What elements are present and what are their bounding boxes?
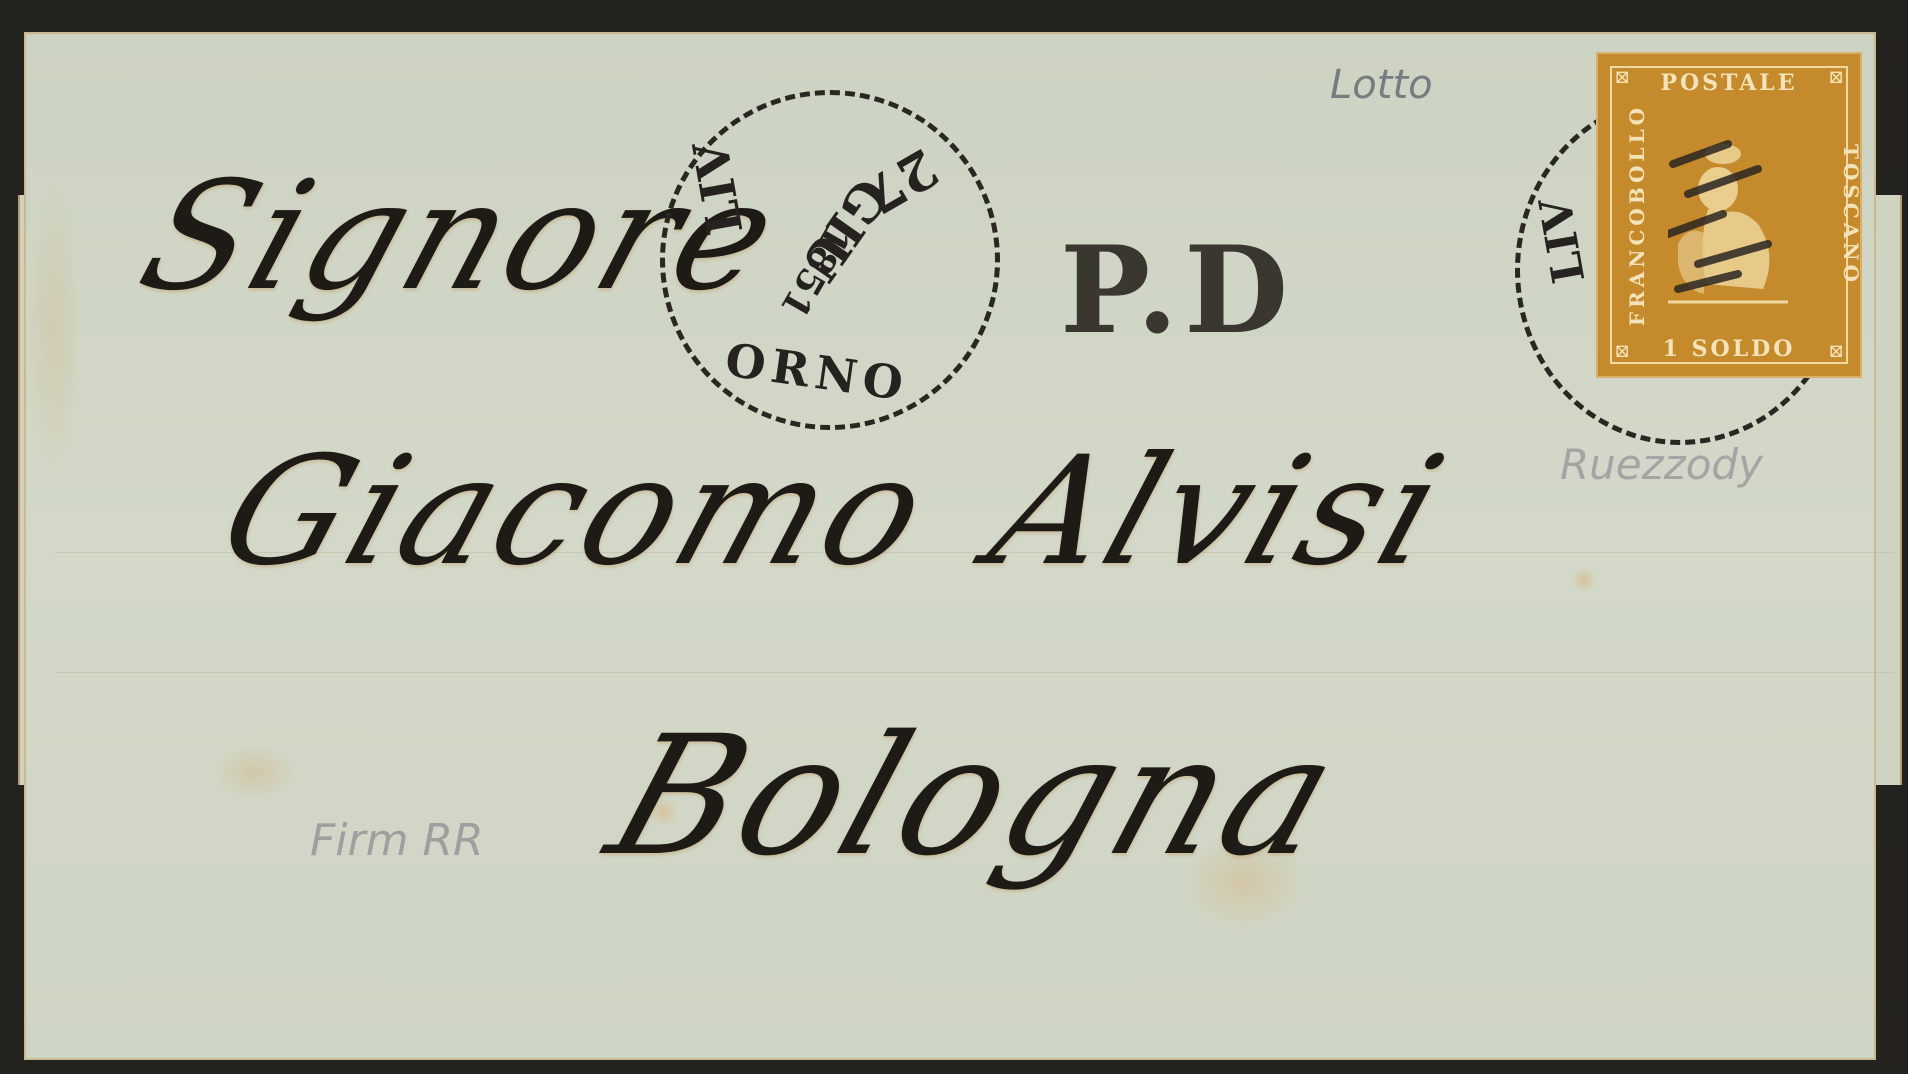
handstamp-pd: P.D	[1060, 220, 1294, 361]
stamp-label-right: TOSCANO	[1839, 144, 1863, 286]
address-first-name: Giacomo	[202, 425, 951, 599]
lion-marzocco-icon	[1668, 124, 1788, 314]
stamp-label-top: POSTALE	[1634, 70, 1824, 96]
stamp-label-left: FRANCOBOLLO	[1625, 104, 1649, 326]
fold-line	[54, 672, 1894, 673]
address-last-name: Alvisi	[972, 425, 1467, 599]
stamp-tuscany-1-soldo: ⊠ ⊠ ⊠ ⊠ POSTALE 1 SOLDO FRANCOBOLLO TOSC…	[1598, 54, 1860, 376]
pencil-note-lot: Lotto	[1330, 62, 1433, 108]
pencil-note-rarity: Firm RR	[310, 815, 484, 866]
corner-ornament-icon: ⊠	[1826, 68, 1846, 88]
corner-ornament-icon: ⊠	[1612, 342, 1632, 362]
corner-ornament-icon: ⊠	[1826, 342, 1846, 362]
corner-ornament-icon: ⊠	[1612, 68, 1632, 88]
stamp-label-value: 1 SOLDO	[1634, 336, 1824, 362]
pencil-note-signature: Ruezzody	[1560, 440, 1763, 489]
address-city: Bologna	[589, 700, 1362, 892]
photo-stage: Signore Giacomo Alvisi Bologna LIV ORNO …	[0, 0, 1908, 1074]
